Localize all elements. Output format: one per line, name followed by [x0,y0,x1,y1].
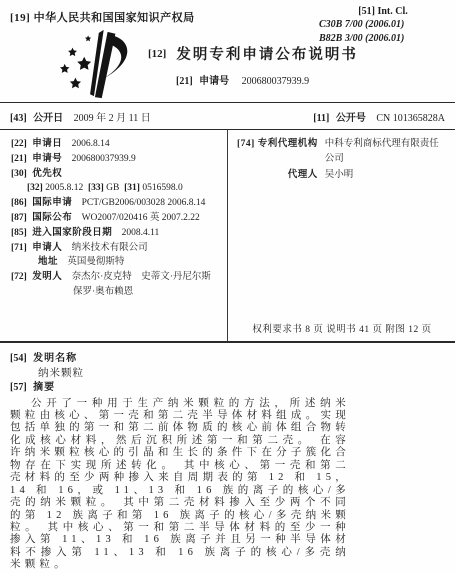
pub-date-tag: [43] [10,113,27,124]
int-cl-block: [51] Int. Cl. C30B 7/00 (2006.01) B82B 3… [319,6,447,46]
sipo-emblem-logo [40,26,144,102]
agent-value: 吴小明 [325,168,447,183]
inventors-continued-row: 保罗·奥布赖恩 [11,285,223,300]
invention-title-heading: [54] 发明名称 [10,352,445,367]
application-number-row: [21] 申请号 200680037939.9 [11,152,223,167]
publication-row: [43] 公开日 2009 年 2 月 11 日 [11] 公开号 CN 101… [0,103,455,130]
int-cl-label: Int. Cl. [377,6,407,17]
appno-tag: [21] [176,76,193,87]
field-value: GB [106,183,119,193]
abstract-heading: [57] 摘要 [10,381,445,396]
field-tag: [71] [11,243,27,253]
header: [19] 中华人民共和国国家知识产权局 [51] Int. Cl. C30B 7… [0,0,455,103]
publication-date: [43] 公开日 2009 年 2 月 11 日 [10,109,151,124]
agency-tag: [74] [237,139,255,149]
priority-row: [30] 优先权 [11,167,223,182]
patent-front-page: [19] 中华人民共和国国家知识产权局 [51] Int. Cl. C30B 7… [0,0,455,573]
field-value: 英国曼彻斯特 [67,257,124,267]
title-label: 发明名称 [33,353,77,364]
field-label: 国际公布 [32,213,72,223]
agency-label: 专利代理机构 [258,139,318,149]
doc-type-title: 发明专利申请公布说明书 [176,47,358,63]
pub-no-tag: [11] [313,113,329,124]
field-tag: [72] [11,272,27,282]
field-value: 2008.4.11 [122,228,160,238]
biblio-right-column: [74] 专利代理机构 中科专利商标代理有限责任公司 代理人 吴小明 权利要求书… [228,130,455,341]
publication-number: [11] 公开号 CN 101365828A [313,109,445,124]
international-publication-row: [87] 国际公布 WO2007/020416 英 2007.2.22 [11,211,223,226]
field-value: 保罗·奥布赖恩 [73,287,133,297]
field-label: 申请人 [32,243,62,253]
field-tag: [87] [11,213,27,223]
abstract-text: 公开了一种用于生产纳米颗粒的方法，所述纳米颗粒由核心、第一壳和第二壳半导体材料组… [10,398,350,572]
field-label: 进入国家阶段日期 [32,228,112,238]
field-label: 发明人 [32,272,62,282]
pub-date-label: 公开日 [33,113,63,124]
field-value: 2006.8.14 [72,139,110,149]
doc-type-tag: [12] [148,48,166,60]
body-section: [54] 发明名称 纳米颗粒 [57] 摘要 公开了一种用于生产纳米颗粒的方法，… [0,341,455,572]
title-tag: [54] [10,353,27,364]
field-label: 申请日 [32,139,62,149]
field-value: 纳米技术有限公司 [72,243,148,253]
agency-value: 中科专利商标代理有限责任公司 [325,137,447,166]
issuing-office: [19] 中华人民共和国国家知识产权局 [10,9,195,25]
field-tag: [22] [11,139,27,149]
abstract-label: 摘要 [33,382,55,393]
int-cl-entry: C30B 7/00 (2006.01) [319,18,447,32]
int-cl-tag: [51] [358,6,375,17]
field-value: 200680037939.9 [72,154,136,164]
bibliographic-columns: [22] 申请日 2006.8.14 [21] 申请号 200680037939… [0,130,455,341]
field-tag: [31] [124,183,140,193]
pub-date-value: 2009 年 2 月 11 日 [74,113,151,124]
office-name: 中华人民共和国国家知识产权局 [34,12,195,24]
int-cl-heading: [51] Int. Cl. [319,6,447,17]
inventors-row: [72] 发明人 奈杰尔·皮克特 史蒂文·丹尼尔斯 [11,270,223,285]
filing-date-row: [22] 申请日 2006.8.14 [11,137,223,152]
international-application-row: [86] 国际申请 PCT/GB2006/003028 2006.8.14 [11,196,223,211]
national-phase-entry-row: [85] 进入国家阶段日期 2008.4.11 [11,226,223,241]
field-tag: [21] [11,154,27,164]
pages-summary: 权利要求书 8 页 说明书 41 页 附图 12 页 [237,321,447,338]
field-value: 2005.8.12 [45,183,83,193]
application-number-row: [21] 申请号 200680037939.9 [176,72,309,87]
agency-block: [74] 专利代理机构 中科专利商标代理有限责任公司 代理人 吴小明 [237,137,447,183]
field-tag: [32] [27,183,43,193]
field-value: 奈杰尔·皮克特 史蒂文·丹尼尔斯 [72,272,211,282]
agent-label: 代理人 [237,168,318,183]
field-value: PCT/GB2006/003028 2006.8.14 [82,198,206,208]
field-tag: [33] [88,183,104,193]
pub-no-value: CN 101365828A [376,113,445,124]
applicant-row: [71] 申请人 纳米技术有限公司 [11,241,223,256]
field-value: 0516598.0 [142,183,182,193]
field-tag: [30] [11,169,27,179]
field-value: WO2007/020416 英 2007.2.22 [82,213,200,223]
field-label: 优先权 [32,169,62,179]
invention-title: 纳米颗粒 [10,367,445,382]
priority-detail-row: [32] 2005.8.12 [33] GB [31] 0516598.0 [11,181,223,196]
office-tag: [19] [10,12,30,24]
field-tag: [85] [11,228,27,238]
field-label: 申请号 [32,154,62,164]
agency-key: [74] 专利代理机构 [237,137,318,166]
applicant-address-row: 地址 英国曼彻斯特 [11,255,223,270]
appno-label: 申请号 [199,76,229,87]
pub-no-label: 公开号 [336,113,366,124]
field-tag: [86] [11,198,27,208]
appno-value: 200680037939.9 [242,76,310,87]
field-label: 国际申请 [32,198,72,208]
field-label: 地址 [38,257,58,267]
abstract-tag: [57] [10,382,27,393]
document-type-row: [12] 发明专利申请公布说明书 [148,43,358,64]
biblio-left-column: [22] 申请日 2006.8.14 [21] 申请号 200680037939… [0,130,228,341]
